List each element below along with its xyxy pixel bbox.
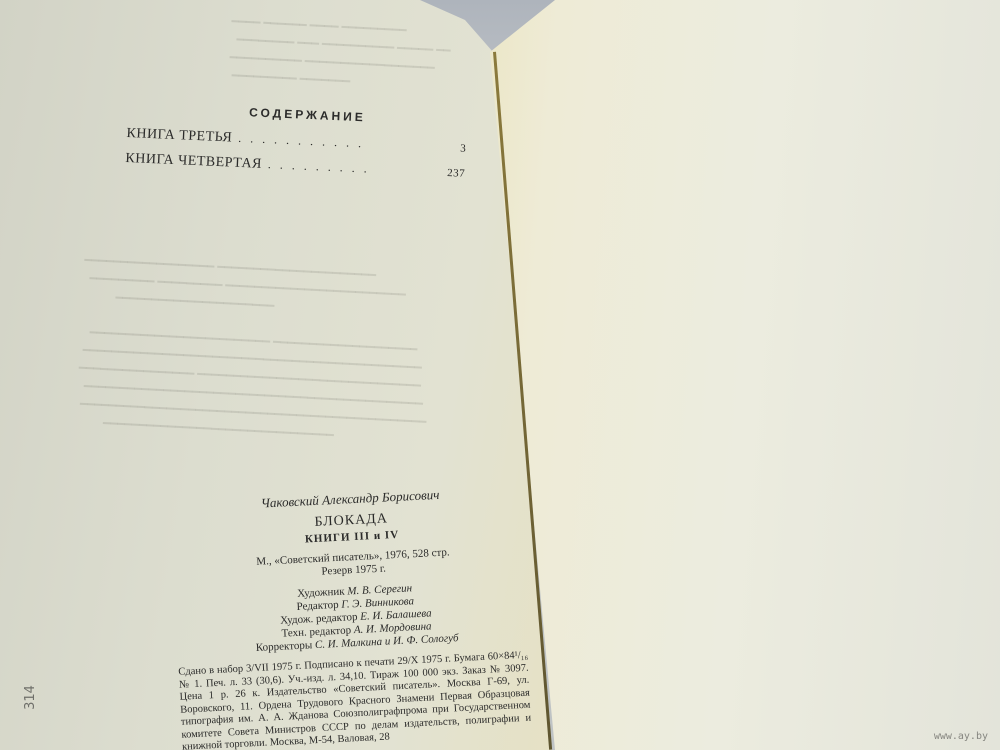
toc-entry-page: 3: [442, 142, 467, 155]
watermark: www.ay.by: [934, 731, 988, 742]
credits-list: Художник М. В. Серегин Редактор Г. Э. Ви…: [175, 576, 538, 659]
toc-entry-page: 237: [441, 167, 466, 180]
toc-entry-label: КНИГА ТРЕТЬЯ: [126, 126, 232, 147]
show-through-text: ━━━━ ━━━━━━ ━━━━ ━━━━━━━━━ ━━━━━━━━ ━━━ …: [228, 12, 452, 95]
pencil-note: 314: [23, 685, 38, 710]
toc-leader-dots: .........: [268, 157, 436, 179]
right-page: [490, 0, 1000, 750]
toc-leader-dots: ...........: [238, 131, 437, 155]
table-of-contents: СОДЕРЖАНИЕ КНИГА ТРЕТЬЯ ........... 3 КН…: [125, 100, 468, 191]
toc-entry: КНИГА ЧЕТВЕРТАЯ ......... 237: [125, 151, 465, 182]
toc-entry-label: КНИГА ЧЕТВЕРТАЯ: [125, 151, 262, 173]
show-through-text: ━━━━━━━━━━━━━━━━━━ ━━━━━━━━━━━━━━━━━━━━━…: [76, 251, 435, 449]
imprint-block: Чаковский Александр Борисович БЛОКАДА КН…: [170, 482, 542, 750]
toc-entry: КНИГА ТРЕТЬЯ ........... 3: [126, 126, 466, 157]
colophon-text: Сдано в набор 3/VII 1975 г. Подписано к …: [178, 649, 542, 750]
